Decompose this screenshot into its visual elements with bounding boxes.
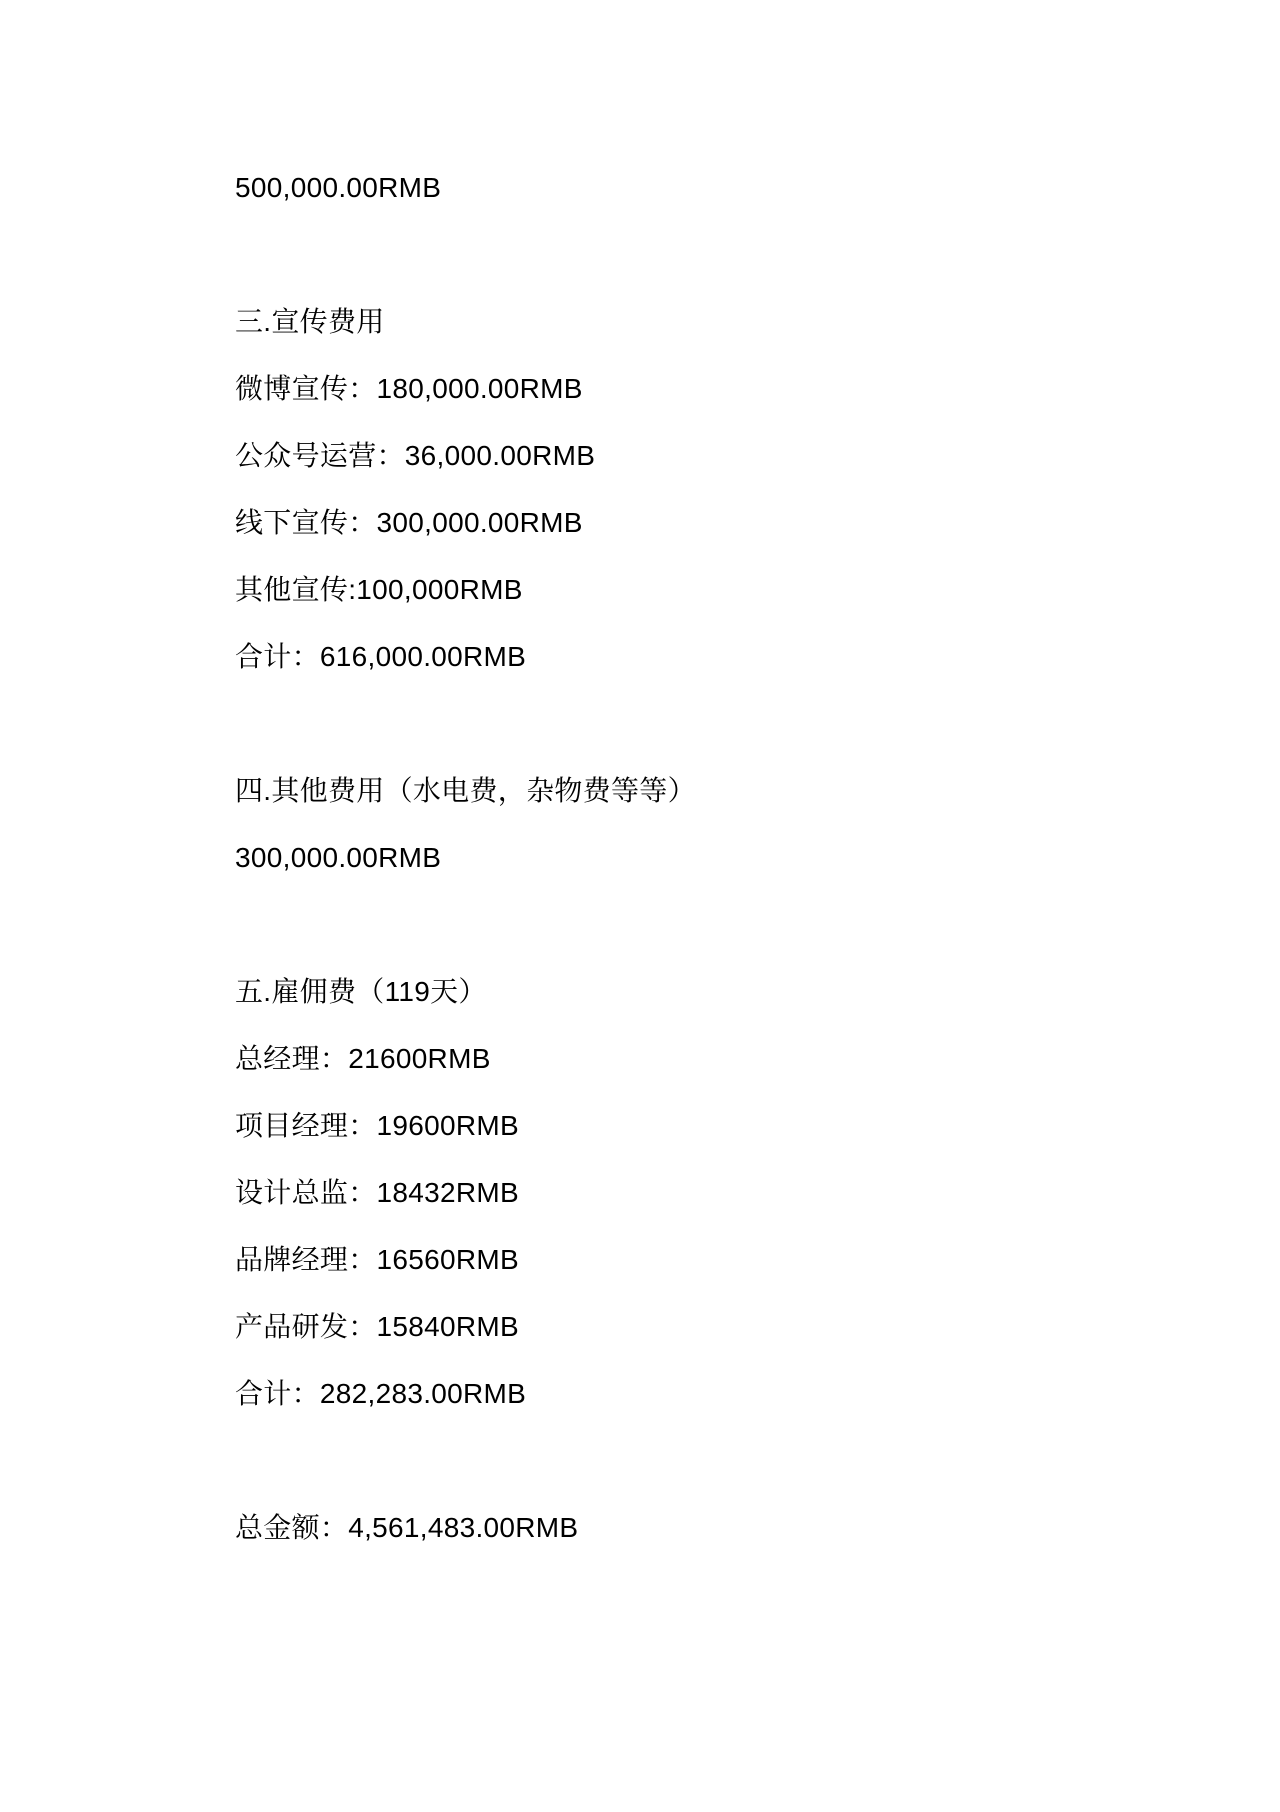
grand-total-block: 总金额：4,561,483.00RMB bbox=[235, 1494, 696, 1561]
employment-item-project-manager: 项目经理：19600RMB bbox=[235, 1092, 696, 1159]
document-page: 500,000.00RMB 三.宣传费用 微博宣传：180,000.00RMB … bbox=[235, 154, 696, 1561]
publicity-item-offline: 线下宣传：300,000.00RMB bbox=[235, 489, 696, 556]
section-other-expenses: 四.其他费用（水电费，杂物费等等） 300,000.00RMB bbox=[235, 757, 696, 891]
employment-item-product-rnd: 产品研发：15840RMB bbox=[235, 1293, 696, 1360]
employment-item-design-director: 设计总监：18432RMB bbox=[235, 1159, 696, 1226]
publicity-item-official-account: 公众号运营：36,000.00RMB bbox=[235, 422, 696, 489]
publicity-item-other: 其他宣传:100,000RMB bbox=[235, 556, 696, 623]
employment-item-general-manager: 总经理：21600RMB bbox=[235, 1025, 696, 1092]
publicity-subtotal: 合计：616,000.00RMB bbox=[235, 623, 696, 690]
employment-item-brand-manager: 品牌经理：16560RMB bbox=[235, 1226, 696, 1293]
section-employment: 五.雇佣费（119天） 总经理：21600RMB 项目经理：19600RMB 设… bbox=[235, 958, 696, 1427]
section-employment-heading: 五.雇佣费（119天） bbox=[235, 958, 696, 1025]
section-publicity-heading: 三.宣传费用 bbox=[235, 288, 696, 355]
employment-subtotal: 合计：282,283.00RMB bbox=[235, 1360, 696, 1427]
section-other-expenses-heading: 四.其他费用（水电费，杂物费等等） bbox=[235, 757, 696, 824]
publicity-item-weibo: 微博宣传：180,000.00RMB bbox=[235, 355, 696, 422]
grand-total: 总金额：4,561,483.00RMB bbox=[235, 1494, 696, 1561]
section-publicity: 三.宣传费用 微博宣传：180,000.00RMB 公众号运营：36,000.0… bbox=[235, 288, 696, 690]
carryover-amount: 500,000.00RMB bbox=[235, 154, 696, 221]
other-expenses-amount: 300,000.00RMB bbox=[235, 824, 696, 891]
